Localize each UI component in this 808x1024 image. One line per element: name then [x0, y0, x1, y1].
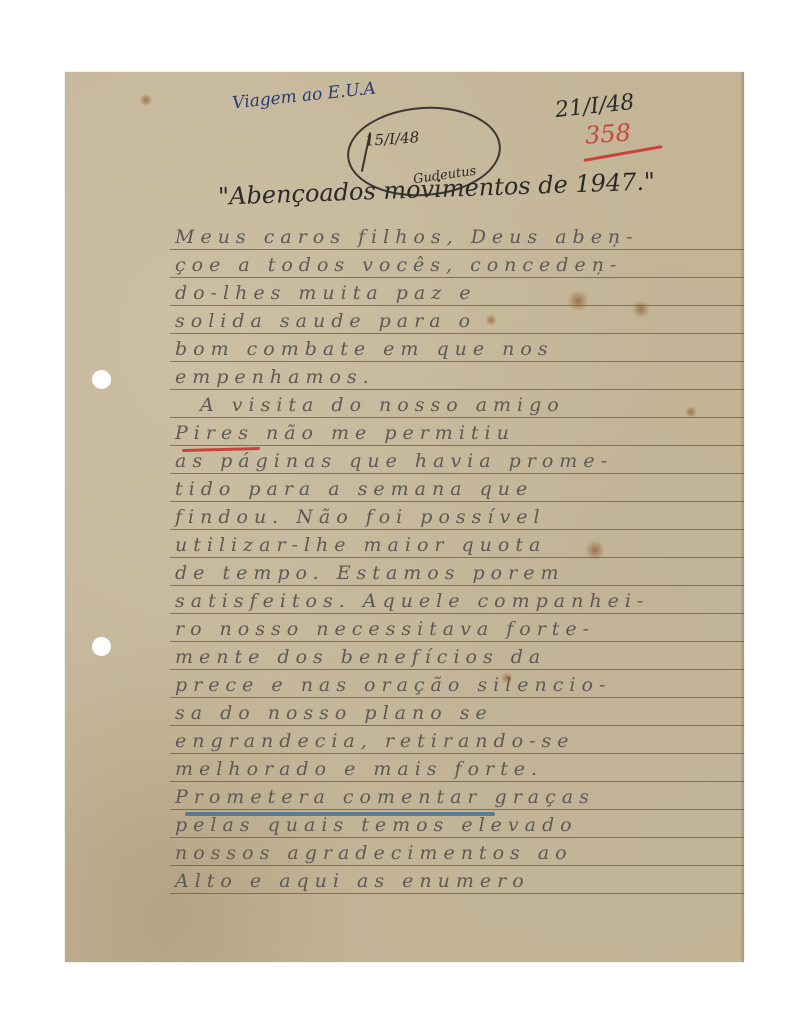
letter-line: ro nosso necessitava forte- [175, 618, 595, 640]
letter-line: satisfeitos. Aquele companhei- [175, 590, 649, 612]
ruled-line [170, 669, 744, 670]
letter-line: solida saude para o [175, 310, 476, 332]
ruled-line [170, 753, 744, 754]
letter-line: findou. Não foi possível [175, 506, 546, 528]
letter-line: tido para a semana que [175, 478, 533, 500]
ruled-line [170, 641, 744, 642]
ruled-line [170, 473, 744, 474]
punch-hole-bottom [92, 637, 111, 656]
stain [139, 94, 153, 106]
letter-line: pelas quais temos elevado [175, 814, 578, 836]
ruled-line [170, 865, 744, 866]
letter-line: Prometera comentar graças [175, 786, 595, 808]
stain [567, 290, 589, 312]
page-edge-shadow [740, 72, 744, 962]
letter-line: engrandecia, retirando-se [175, 730, 575, 752]
archive-number: 358 [584, 118, 632, 149]
stain [632, 300, 650, 318]
letter-line: do-lhes muita paz e [175, 282, 477, 304]
ruled-line [170, 445, 744, 446]
ruled-line [170, 501, 744, 502]
ruled-line [170, 361, 744, 362]
letter-line: bom combate em que nos [175, 338, 554, 360]
ruled-line [170, 809, 744, 810]
ruled-line [170, 613, 744, 614]
letter-line: empenhamos. [175, 366, 375, 388]
ruled-line [170, 333, 744, 334]
letter-line: Alto e aqui as enumero [175, 870, 530, 892]
circled-note-date: 15/I/48 [364, 128, 419, 150]
punch-hole-top [92, 370, 111, 389]
ruled-line [170, 249, 744, 250]
stain [485, 314, 497, 326]
letter-line: mente dos benefícios da [175, 646, 546, 668]
ruled-line [170, 697, 744, 698]
ruled-line [170, 725, 744, 726]
ruled-line [170, 893, 744, 894]
letter-line: Meus caros filhos, Deus abeņ- [175, 226, 639, 248]
ruled-line [170, 417, 744, 418]
ruled-line [170, 389, 744, 390]
letter-line: nossos agradecimentos ao [175, 842, 573, 864]
letter-line: as páginas que havia prome- [175, 450, 613, 472]
letter-page: Viagem ao E.U.A 21/I/48 358 15/I/48 Gude… [65, 72, 744, 962]
ruled-line [170, 529, 744, 530]
letter-line: A visita do nosso amigo [200, 394, 565, 416]
subject-note: Viagem ao E.U.A [231, 79, 376, 114]
letter-line: prece e nas oração silencio- [175, 674, 611, 696]
letter-line: sa do nosso plano se [175, 702, 493, 724]
ruled-line [170, 557, 744, 558]
letter-line: Pires não me permitiu [175, 422, 515, 444]
ruled-line [170, 305, 744, 306]
ruled-line [170, 781, 744, 782]
letter-line: çoe a todos vocês, concedeņ- [175, 254, 622, 276]
letter-line: melhorado e mais forte. [175, 758, 543, 780]
ruled-line [170, 585, 744, 586]
letter-line: de tempo. Estamos porem [175, 562, 564, 584]
letter-line: utilizar-lhe maior quota [175, 534, 546, 556]
ruled-line [170, 837, 744, 838]
ruled-line [170, 277, 744, 278]
